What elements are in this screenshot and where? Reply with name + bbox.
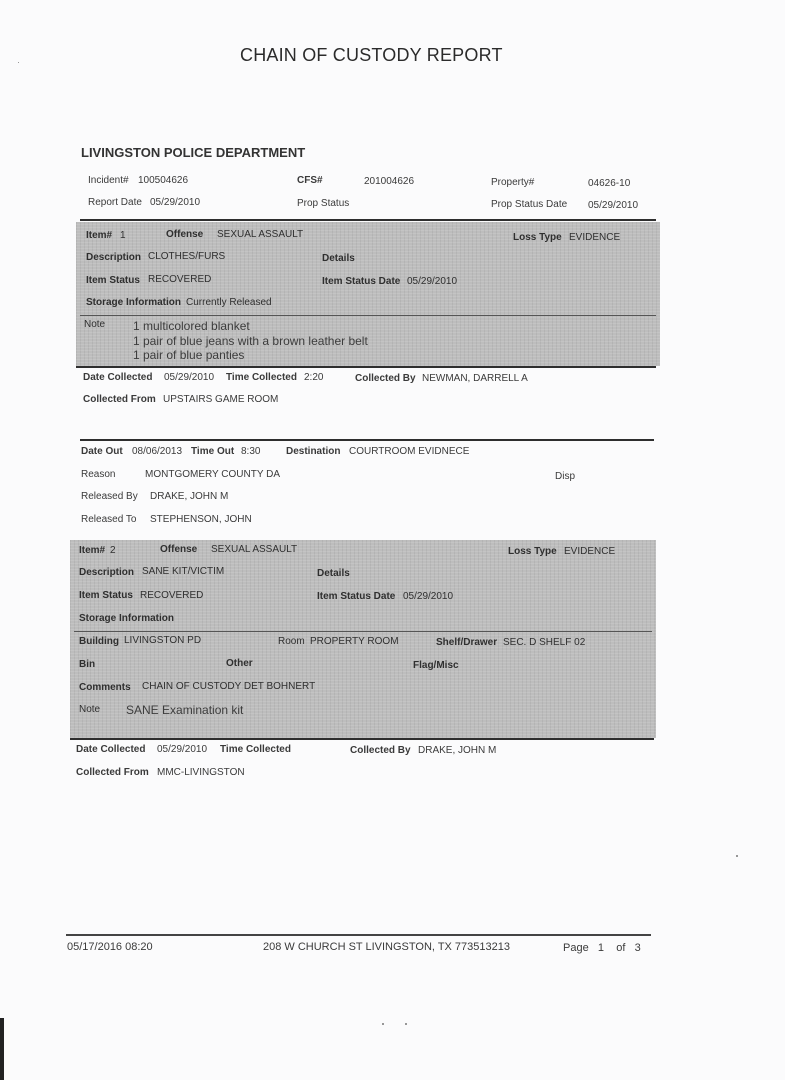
time-collected-label: Time Collected xyxy=(220,744,291,755)
note-label: Note xyxy=(79,704,100,715)
note-label: Note xyxy=(84,319,105,330)
item-number-label: Item# xyxy=(86,230,112,241)
item-1-bottom-rule xyxy=(76,366,656,368)
item-2-block: Item# 2 Offense SEXUAL ASSAULT Loss Type… xyxy=(70,540,656,738)
reason-value: MONTGOMERY COUNTY DA xyxy=(145,469,280,480)
description-value: CLOTHES/FURS xyxy=(148,251,225,262)
cfs-label: CFS# xyxy=(297,175,323,186)
time-collected-label: Time Collected xyxy=(226,372,297,383)
date-collected-value: 05/29/2010 xyxy=(164,372,214,383)
incident-label: Incident# xyxy=(88,175,129,186)
item-status-value: RECOVERED xyxy=(148,274,211,285)
department-name: LIVINGSTON POLICE DEPARTMENT xyxy=(81,145,305,160)
header-divider xyxy=(80,219,656,221)
scan-speck xyxy=(18,62,19,63)
total-pages: 3 xyxy=(635,942,641,954)
note-line: 1 multicolored blanket xyxy=(133,319,368,334)
building-value: LIVINGSTON PD xyxy=(124,635,201,646)
date-collected-value: 05/29/2010 xyxy=(157,744,207,755)
collected-from-value: MMC-LIVINGSTON xyxy=(157,767,245,778)
date-out-label: Date Out xyxy=(81,446,123,457)
released-by-value: DRAKE, JOHN M xyxy=(150,491,228,502)
scan-speck xyxy=(382,1023,384,1025)
bin-label: Bin xyxy=(79,659,95,670)
item-status-date-value: 05/29/2010 xyxy=(403,591,453,602)
item-status-date-value: 05/29/2010 xyxy=(407,276,457,287)
page-number: 1 xyxy=(598,942,604,954)
page-label: Page xyxy=(563,942,589,954)
page-indicator: Page 1 of 3 xyxy=(563,942,641,954)
room-value: PROPERTY ROOM xyxy=(310,636,399,647)
item-status-date-label: Item Status Date xyxy=(322,276,400,287)
item-status-label: Item Status xyxy=(79,590,133,601)
flag-misc-label: Flag/Misc xyxy=(413,660,459,671)
property-value: 04626-10 xyxy=(588,178,630,189)
date-out-value: 08/06/2013 xyxy=(132,446,182,457)
collected-by-value: DRAKE, JOHN M xyxy=(418,745,496,756)
transfer-divider xyxy=(80,439,654,441)
storage-info-value: Currently Released xyxy=(186,297,272,308)
details-label: Details xyxy=(322,253,355,264)
details-label: Details xyxy=(317,568,350,579)
storage-info-label: Storage Information xyxy=(79,613,174,624)
offense-label: Offense xyxy=(166,229,203,240)
prop-status-date-value: 05/29/2010 xyxy=(588,200,638,211)
report-date-value: 05/29/2010 xyxy=(150,197,200,208)
scan-edge xyxy=(0,1018,4,1080)
collected-from-value: UPSTAIRS GAME ROOM xyxy=(163,394,278,405)
destination-label: Destination xyxy=(286,446,340,457)
other-label: Other xyxy=(226,658,253,669)
released-to-value: STEPHENSON, JOHN xyxy=(150,514,252,525)
footer-divider xyxy=(66,934,651,936)
shelf-drawer-value: SEC. D SHELF 02 xyxy=(503,637,585,648)
collected-by-label: Collected By xyxy=(350,745,411,756)
report-title: CHAIN OF CUSTODY REPORT xyxy=(240,45,503,66)
note-value: SANE Examination kit xyxy=(126,703,243,717)
offense-value: SEXUAL ASSAULT xyxy=(217,229,303,240)
offense-label: Offense xyxy=(160,544,197,555)
note-line: 1 pair of blue jeans with a brown leathe… xyxy=(133,334,368,349)
item-status-date-label: Item Status Date xyxy=(317,591,395,602)
storage-divider xyxy=(74,631,652,632)
item-status-value: RECOVERED xyxy=(140,590,203,601)
time-out-value: 8:30 xyxy=(241,446,260,457)
building-label: Building xyxy=(79,636,119,647)
prop-status-label: Prop Status xyxy=(297,198,349,209)
date-collected-label: Date Collected xyxy=(83,372,152,383)
collected-by-label: Collected By xyxy=(355,373,416,384)
item-status-label: Item Status xyxy=(86,275,140,286)
destination-value: COURTROOM EVIDNECE xyxy=(349,446,469,457)
comments-value: CHAIN OF CUSTODY DET BOHNERT xyxy=(142,681,315,692)
date-collected-label: Date Collected xyxy=(76,744,145,755)
description-label: Description xyxy=(86,252,141,263)
room-label: Room xyxy=(278,636,305,647)
released-by-label: Released By xyxy=(81,491,138,502)
released-to-label: Released To xyxy=(81,514,136,525)
comments-label: Comments xyxy=(79,682,131,693)
description-value: SANE KIT/VICTIM xyxy=(142,566,224,577)
disp-label: Disp xyxy=(555,471,575,482)
collected-from-label: Collected From xyxy=(76,767,149,778)
incident-value: 100504626 xyxy=(138,175,188,186)
storage-info-label: Storage Information xyxy=(86,297,181,308)
offense-value: SEXUAL ASSAULT xyxy=(211,544,297,555)
storage-divider xyxy=(80,315,656,316)
scan-speck xyxy=(405,1023,407,1025)
item-number-value: 2 xyxy=(110,545,116,556)
loss-type-label: Loss Type xyxy=(508,546,557,557)
cfs-value: 201004626 xyxy=(364,176,414,187)
scan-speck xyxy=(736,855,738,857)
loss-type-label: Loss Type xyxy=(513,232,562,243)
collected-by-value: NEWMAN, DARRELL A xyxy=(422,373,528,384)
collected-from-label: Collected From xyxy=(83,394,156,405)
prop-status-date-label: Prop Status Date xyxy=(491,199,567,210)
item-2-bottom-rule xyxy=(70,738,654,740)
note-line: 1 pair of blue panties xyxy=(133,348,368,363)
time-out-label: Time Out xyxy=(191,446,234,457)
item-number-label: Item# xyxy=(79,545,105,556)
note-lines: 1 multicolored blanket 1 pair of blue je… xyxy=(133,319,368,363)
printed-timestamp: 05/17/2016 08:20 xyxy=(67,941,153,953)
item-number-value: 1 xyxy=(120,230,126,241)
report-date-label: Report Date xyxy=(88,197,142,208)
of-label: of xyxy=(616,942,625,954)
time-collected-value: 2:20 xyxy=(304,372,323,383)
shelf-drawer-label: Shelf/Drawer xyxy=(436,637,497,648)
property-label: Property# xyxy=(491,177,534,188)
item-1-block: Item# 1 Offense SEXUAL ASSAULT Loss Type… xyxy=(76,222,660,366)
department-address: 208 W CHURCH ST LIVINGSTON, TX 773513213 xyxy=(263,941,510,953)
loss-type-value: EVIDENCE xyxy=(569,232,620,243)
reason-label: Reason xyxy=(81,469,115,480)
description-label: Description xyxy=(79,567,134,578)
loss-type-value: EVIDENCE xyxy=(564,546,615,557)
